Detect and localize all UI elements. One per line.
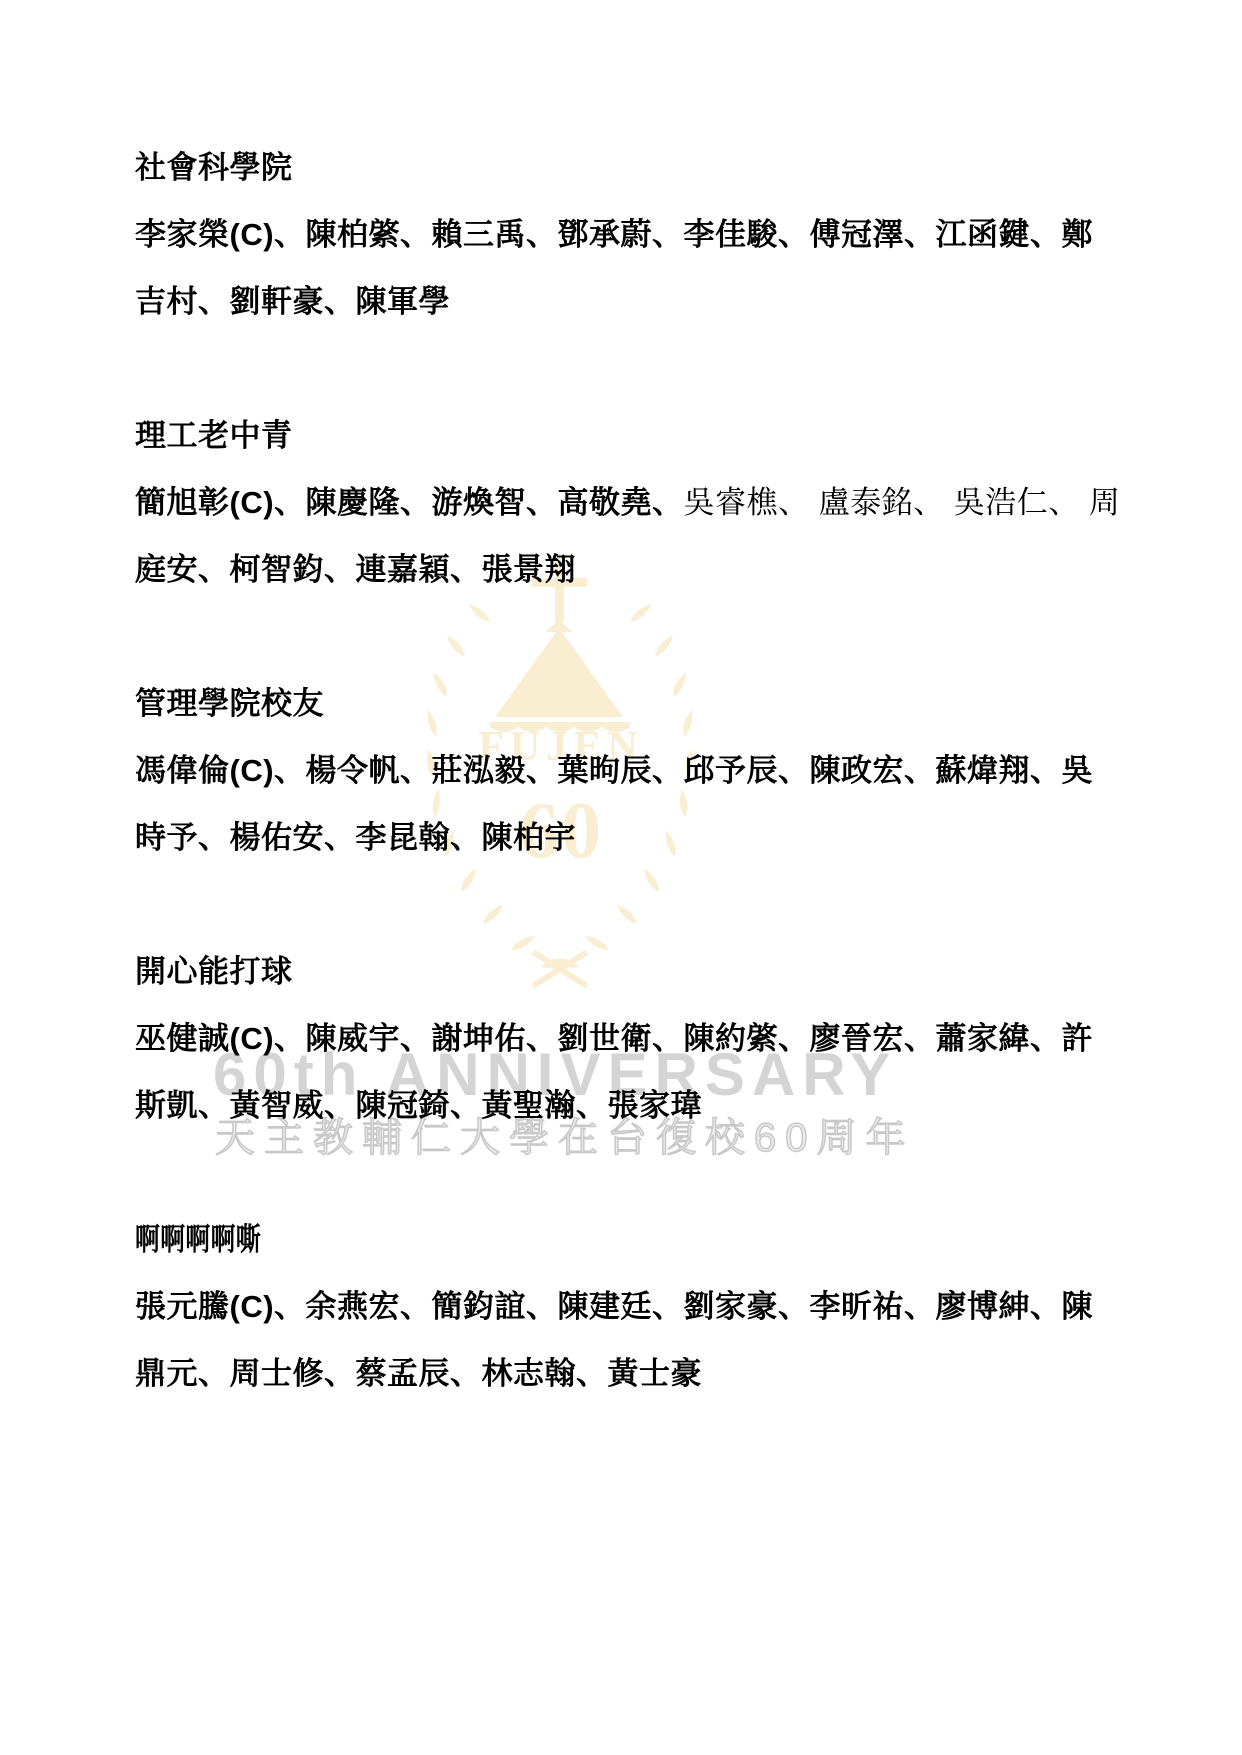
- roster-names-segment: 庭安、柯智鈞、連嘉穎、張景翔: [135, 552, 576, 587]
- team-name: 管理學院校友: [135, 670, 1135, 737]
- team-name: 開心能打球: [135, 938, 1135, 1005]
- team-name: 啊啊啊啊嘶: [135, 1206, 1135, 1273]
- team-name-label: 管理學院校友: [135, 686, 324, 721]
- team-roster-line: 巫健誠(C)、陳威宇、謝坤佑、劉世衛、陳約綮、廖晉宏、蕭家緯、許: [135, 1005, 1135, 1072]
- team-section: 啊啊啊啊嘶張元騰(C)、余燕宏、簡鈞誼、陳建廷、劉家豪、李昕祐、廖博紳、陳鼎元、…: [135, 1206, 1135, 1407]
- team-roster-line: 吉村、劉軒豪、陳軍學: [135, 268, 1135, 335]
- roster-names-segment: 張元騰(C)、余燕宏、簡鈞誼、陳建廷、劉家豪、李昕祐、廖博紳、陳: [135, 1289, 1093, 1324]
- team-name: 理工老中青: [135, 402, 1135, 469]
- team-roster-line: 時予、楊佑安、李昆翰、陳柏宇: [135, 804, 1135, 871]
- roster: 社會科學院李家榮(C)、陳柏綮、賴三禹、鄧承蔚、李佳駿、傅冠澤、江函鍵、鄭吉村、…: [135, 134, 1135, 1474]
- roster-names-segment: 簡旭彰(C)、陳慶隆、游煥智、高敬堯、: [135, 485, 684, 520]
- team-name-label: 理工老中青: [135, 418, 293, 453]
- roster-names-segment: 吳睿樵、 盧泰銘、 吳浩仁、 周: [684, 485, 1121, 520]
- roster-names-segment: 李家榮(C)、陳柏綮、賴三禹、鄧承蔚、李佳駿、傅冠澤、江函鍵、鄭: [135, 217, 1093, 252]
- team-section: 理工老中青簡旭彰(C)、陳慶隆、游煥智、高敬堯、吳睿樵、 盧泰銘、 吳浩仁、 周…: [135, 402, 1135, 603]
- roster-names-segment: 巫健誠(C)、陳威宇、謝坤佑、劉世衛、陳約綮、廖晉宏、蕭家緯、許: [135, 1021, 1093, 1056]
- roster-names-segment: 馮偉倫(C)、楊令帆、莊泓毅、葉昫辰、邱予辰、陳政宏、蘇煒翔、吳: [135, 753, 1093, 788]
- team-roster-line: 李家榮(C)、陳柏綮、賴三禹、鄧承蔚、李佳駿、傅冠澤、江函鍵、鄭: [135, 201, 1135, 268]
- team-name-label: 社會科學院: [135, 150, 293, 185]
- team-roster-line: 斯凱、黃智威、陳冠錡、黃聖瀚、張家瑋: [135, 1072, 1135, 1139]
- team-section: 社會科學院李家榮(C)、陳柏綮、賴三禹、鄧承蔚、李佳駿、傅冠澤、江函鍵、鄭吉村、…: [135, 134, 1135, 335]
- team-roster-line: 鼎元、周士修、蔡孟辰、林志翰、黃士豪: [135, 1340, 1135, 1407]
- team-name-label: 啊啊啊啊嘶: [135, 1206, 261, 1273]
- team-section: 開心能打球巫健誠(C)、陳威宇、謝坤佑、劉世衛、陳約綮、廖晉宏、蕭家緯、許斯凱、…: [135, 938, 1135, 1139]
- roster-names-segment: 吉村、劉軒豪、陳軍學: [135, 284, 450, 319]
- team-name-label: 開心能打球: [135, 954, 293, 989]
- team-roster-line: 簡旭彰(C)、陳慶隆、游煥智、高敬堯、吳睿樵、 盧泰銘、 吳浩仁、 周: [135, 469, 1135, 536]
- roster-names-segment: 斯凱、黃智威、陳冠錡、黃聖瀚、張家瑋: [135, 1088, 702, 1123]
- team-roster-line: 庭安、柯智鈞、連嘉穎、張景翔: [135, 536, 1135, 603]
- team-roster-line: 張元騰(C)、余燕宏、簡鈞誼、陳建廷、劉家豪、李昕祐、廖博紳、陳: [135, 1273, 1135, 1340]
- roster-names-segment: 時予、楊佑安、李昆翰、陳柏宇: [135, 820, 576, 855]
- team-name: 社會科學院: [135, 134, 1135, 201]
- roster-names-segment: 鼎元、周士修、蔡孟辰、林志翰、黃士豪: [135, 1356, 702, 1391]
- team-section: 管理學院校友馮偉倫(C)、楊令帆、莊泓毅、葉昫辰、邱予辰、陳政宏、蘇煒翔、吳時予…: [135, 670, 1135, 871]
- team-roster-line: 馮偉倫(C)、楊令帆、莊泓毅、葉昫辰、邱予辰、陳政宏、蘇煒翔、吳: [135, 737, 1135, 804]
